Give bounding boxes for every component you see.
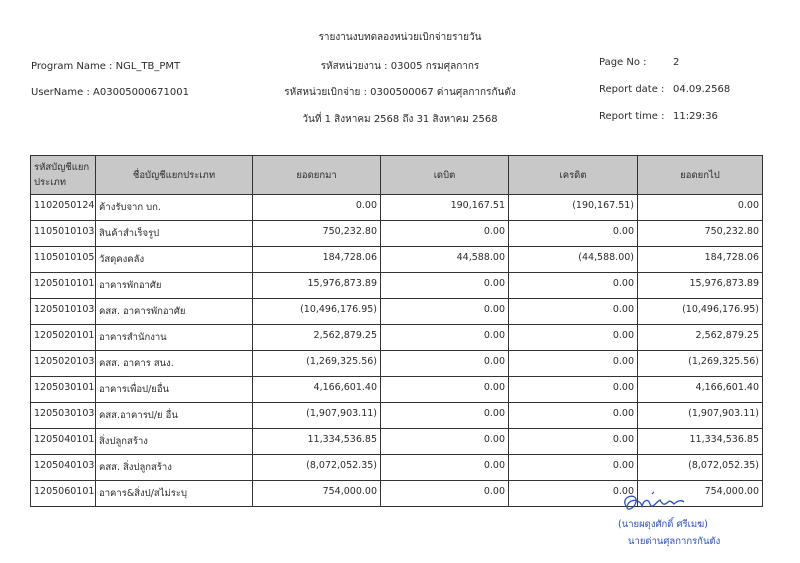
header-account-code: รหัสบัญชีแยกประเภท <box>31 156 96 195</box>
cell-credit: 0.00 <box>509 325 638 351</box>
cell-account-code: 1205060101 <box>31 481 96 507</box>
cell-opening-balance: (1,907,903.11) <box>253 403 381 429</box>
cell-closing-balance: (8,072,052.35) <box>638 455 763 481</box>
cell-account-name: อาคารสำนักงาน <box>96 325 253 351</box>
cell-debit: 44,588.00 <box>381 247 509 273</box>
cell-closing-balance: (1,907,903.11) <box>638 403 763 429</box>
report-date-label: Report date : <box>599 84 664 95</box>
cell-closing-balance: 15,976,873.89 <box>638 273 763 299</box>
cell-closing-balance: 0.00 <box>638 195 763 221</box>
cell-credit: 0.00 <box>509 429 638 455</box>
cell-account-code: 1205040103 <box>31 455 96 481</box>
cell-credit: (44,588.00) <box>509 247 638 273</box>
report-time-value: 11:29:36 <box>673 111 718 122</box>
cell-credit: 0.00 <box>509 455 638 481</box>
cell-opening-balance: (1,269,325.56) <box>253 351 381 377</box>
cell-account-name: คสส. อาคาร สนง. <box>96 351 253 377</box>
cell-opening-balance: 2,562,879.25 <box>253 325 381 351</box>
cell-debit: 0.00 <box>381 455 509 481</box>
cell-credit: 0.00 <box>509 221 638 247</box>
table-row: 1205030101อาคารเพื่อป/ยอื่น4,166,601.400… <box>31 377 763 403</box>
cell-account-code: 1105010105 <box>31 247 96 273</box>
cell-account-name: คสส. สิ่งปลูกสร้าง <box>96 455 253 481</box>
cell-opening-balance: 4,166,601.40 <box>253 377 381 403</box>
cell-opening-balance: 11,334,536.85 <box>253 429 381 455</box>
report-time-label: Report time : <box>599 111 664 122</box>
page-no-value: 2 <box>673 57 679 68</box>
header-opening-balance: ยอดยกมา <box>253 156 381 195</box>
table-row: 1105010103สินค้าสำเร็จรูป750,232.800.000… <box>31 221 763 247</box>
cell-account-code: 1205030103 <box>31 403 96 429</box>
cell-credit: 0.00 <box>509 299 638 325</box>
table-row: 1205040101สิ่งปลูกสร้าง11,334,536.850.00… <box>31 429 763 455</box>
cell-debit: 0.00 <box>381 325 509 351</box>
cell-opening-balance: 0.00 <box>253 195 381 221</box>
cell-account-code: 1102050124 <box>31 195 96 221</box>
cell-closing-balance: (10,496,176.95) <box>638 299 763 325</box>
cell-account-code: 1205020103 <box>31 351 96 377</box>
trial-balance-table: รหัสบัญชีแยกประเภท ชื่อบัญชีแยกประเภท ยอ… <box>30 155 763 507</box>
cell-closing-balance: (1,269,325.56) <box>638 351 763 377</box>
cell-opening-balance: 184,728.06 <box>253 247 381 273</box>
cell-account-code: 1105010103 <box>31 221 96 247</box>
cell-credit: 0.00 <box>509 351 638 377</box>
cell-opening-balance: (10,496,176.95) <box>253 299 381 325</box>
cell-account-name: อาคาร&สิ่งป/สไม่ระบุ <box>96 481 253 507</box>
cell-credit: (190,167.51) <box>509 195 638 221</box>
cell-account-code: 1205010103 <box>31 299 96 325</box>
report-title: รายงานงบทดลองหน่วยเบิกจ่ายรายวัน <box>0 30 800 45</box>
table-row: 1205010101อาคารพักอาศัย15,976,873.890.00… <box>31 273 763 299</box>
cell-account-name: คสส. อาคารพักอาศัย <box>96 299 253 325</box>
table-row: 1205020101อาคารสำนักงาน2,562,879.250.000… <box>31 325 763 351</box>
cell-closing-balance: 11,334,536.85 <box>638 429 763 455</box>
agency-line: รหัสหน่วยงาน : 03005 กรมศุลกากร <box>0 59 800 74</box>
header-account-name: ชื่อบัญชีแยกประเภท <box>96 156 253 195</box>
signer-position: นายด่านศุลกากรกันตัง <box>628 534 720 549</box>
table-row: 1205030103คสส.อาคารป/ย อื่น(1,907,903.11… <box>31 403 763 429</box>
cell-debit: 0.00 <box>381 299 509 325</box>
cell-opening-balance: 754,000.00 <box>253 481 381 507</box>
cell-credit: 0.00 <box>509 377 638 403</box>
cell-opening-balance: (8,072,052.35) <box>253 455 381 481</box>
cell-closing-balance: 750,232.80 <box>638 221 763 247</box>
table-header-row: รหัสบัญชีแยกประเภท ชื่อบัญชีแยกประเภท ยอ… <box>31 156 763 195</box>
cell-account-name: สินค้าสำเร็จรูป <box>96 221 253 247</box>
signer-name: (นายผดุงศักดิ์ ศรีเมฆ) <box>618 517 708 532</box>
cell-account-code: 1205030101 <box>31 377 96 403</box>
cell-debit: 0.00 <box>381 377 509 403</box>
cell-debit: 0.00 <box>381 403 509 429</box>
cell-debit: 0.00 <box>381 481 509 507</box>
table-row: 1205040103คสส. สิ่งปลูกสร้าง(8,072,052.3… <box>31 455 763 481</box>
cell-account-name: คสส.อาคารป/ย อื่น <box>96 403 253 429</box>
cell-credit: 0.00 <box>509 273 638 299</box>
cell-opening-balance: 750,232.80 <box>253 221 381 247</box>
cell-account-code: 1205040101 <box>31 429 96 455</box>
cell-account-code: 1205010101 <box>31 273 96 299</box>
table-row: 1205020103คสส. อาคาร สนง.(1,269,325.56)0… <box>31 351 763 377</box>
header-credit: เครดิต <box>509 156 638 195</box>
header-closing-balance: ยอดยกไป <box>638 156 763 195</box>
cell-closing-balance: 4,166,601.40 <box>638 377 763 403</box>
cell-account-name: อาคารเพื่อป/ยอื่น <box>96 377 253 403</box>
page-no-label: Page No : <box>599 57 647 68</box>
cell-credit: 0.00 <box>509 403 638 429</box>
cell-account-name: ค้างรับจาก บก. <box>96 195 253 221</box>
table-row: 1205010103คสส. อาคารพักอาศัย(10,496,176.… <box>31 299 763 325</box>
cell-debit: 0.00 <box>381 221 509 247</box>
cell-opening-balance: 15,976,873.89 <box>253 273 381 299</box>
table-row: 1105010105วัสดุคงคลัง184,728.0644,588.00… <box>31 247 763 273</box>
report-date-value: 04.09.2568 <box>673 84 730 95</box>
cell-account-name: วัสดุคงคลัง <box>96 247 253 273</box>
table-row: 1102050124ค้างรับจาก บก.0.00190,167.51(1… <box>31 195 763 221</box>
cell-account-code: 1205020101 <box>31 325 96 351</box>
cell-account-name: อาคารพักอาศัย <box>96 273 253 299</box>
cell-account-name: สิ่งปลูกสร้าง <box>96 429 253 455</box>
header-debit: เดบิต <box>381 156 509 195</box>
cell-debit: 0.00 <box>381 429 509 455</box>
cell-closing-balance: 184,728.06 <box>638 247 763 273</box>
cell-debit: 0.00 <box>381 273 509 299</box>
cell-debit: 190,167.51 <box>381 195 509 221</box>
cell-debit: 0.00 <box>381 351 509 377</box>
cell-closing-balance: 2,562,879.25 <box>638 325 763 351</box>
